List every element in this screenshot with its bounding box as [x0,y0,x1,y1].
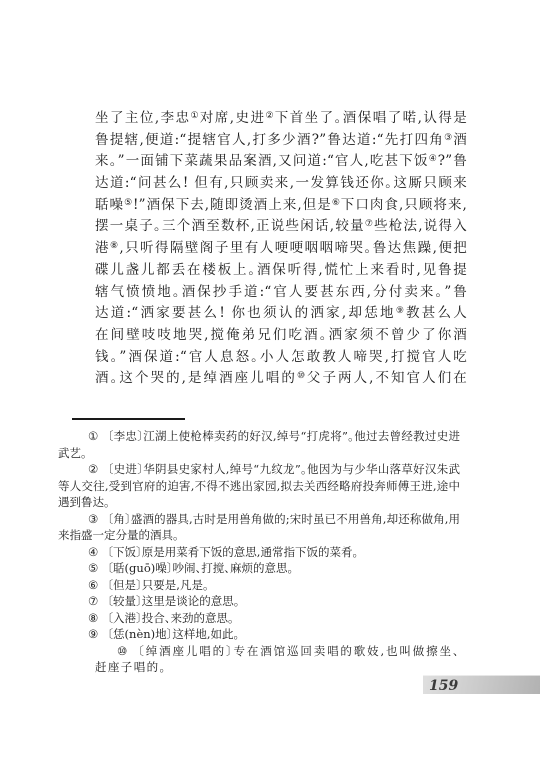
footnote-ref-marker: ⑩ [297,371,307,381]
footnote-text: 〔但是〕只要是,凡是。 [107,578,208,592]
text-line: 在间壁吱吱地哭,搅俺弟兄们吃酒。洒家须不曾少了你酒 [95,325,467,347]
footnote-ref-marker: ⑧ [110,241,119,251]
footnote-item: ①〔李忠〕江湖上使枪棒卖药的好汉,绰号“打虎将”。他过去曾经教过史进武艺。 [58,428,460,461]
footnote-ref-marker: ⑨ [396,306,406,316]
text-line: 钱。”酒保道:“官人息怒。小人怎敢教人啼哭,打搅官人吃 [95,347,467,369]
footnote-item: ③〔角〕盛酒的器具,古时是用兽角做的;宋时虽已不用兽角,却还称做角,用来指盛一定… [58,511,460,544]
footnote-text: 〔角〕盛酒的器具,古时是用兽角做的;宋时虽已不用兽角,却还称做角,用来指盛一定分… [58,512,460,543]
footnote-number: ⑤ [88,561,98,575]
footnote-number: ④ [88,545,98,559]
footnote-item: ⑤〔聒(guō)噪〕吵闹、打搅、麻烦的意思。 [58,560,460,577]
footnote-number: ② [88,462,99,476]
text-line: 坐了主位,李忠①对席,史进②下首坐了。酒保唱了喏,认得是 [95,108,467,130]
footnote-number: ① [88,429,99,443]
footnote-text: 〔较量〕这里是谈论的意思。 [107,594,239,608]
footnote-item: ⑧〔入港〕投合、来劲的意思。 [58,610,460,627]
footnote-number: ⑦ [88,594,98,608]
main-text: 坐了主位,李忠①对席,史进②下首坐了。酒保唱了喏,认得是鲁提辖,便道:“提辖官人… [95,108,467,390]
footnote-item: ⑨〔恁(nèn)地〕这样地,如此。 [58,626,460,643]
text-line: 碟儿盏儿都丢在楼板上。酒保听得,慌忙上来看时,见鲁提 [95,260,467,282]
text-line: 港⑧,只听得隔壁阁子里有人哽哽咽咽啼哭。鲁达焦躁,便把 [95,238,467,260]
footnote-item: ⑦〔较量〕这里是谈论的意思。 [58,593,460,610]
footnote-number: ⑩ [117,644,129,658]
page-number: 159 [423,677,458,694]
footnote-item: ④〔下饭〕原是用菜肴下饭的意思,通常指下饭的菜肴。 [58,544,460,561]
footnote-ref-marker: ⑥ [332,198,341,208]
text-line: 聒噪⑤!”酒保下去,随即烫酒上来,但是⑥下口肉食,只顾将来, [95,195,467,217]
footnote-text: 〔恁(nèn)地〕这样地,如此。 [107,627,239,641]
text-line: 来。”一面铺下菜蔬果品案酒,又问道:“官人,吃甚下饭④?”鲁 [95,151,467,173]
footnote-ref-marker: ② [265,111,274,121]
footnote-number: ⑨ [88,627,98,641]
book-page: 坐了主位,李忠①对席,史进②下首坐了。酒保唱了喏,认得是鲁提辖,便道:“提辖官人… [0,0,550,778]
footnote-text: 〔李忠〕江湖上使枪棒卖药的好汉,绰号“打虎将”。他过去曾经教过史进武艺。 [58,429,460,460]
footnote-number: ⑥ [88,578,98,592]
footnote-text: 〔入港〕投合、来劲的意思。 [107,611,234,625]
text-line: 辖气愤愤地。酒保抄手道:“官人要甚东西,分付卖来。”鲁 [95,282,467,304]
text-line: 鲁提辖,便道:“提辖官人,打多少酒?”鲁达道:“先打四角③酒 [95,130,467,152]
text-line: 达道:“问甚么! 但有,只顾卖来,一发算钱还你。这厮只顾来 [95,173,467,195]
text-line: 摆一桌子。三个酒至数杯,正说些闲话,较量⑦些枪法,说得入 [95,216,467,238]
text-line: 酒。这个哭的,是绰酒座儿唱的⑩父子两人,不知官人们在 [95,368,467,390]
footnote-item: ②〔史进〕华阴县史家村人,绰号“九纹龙”。他因为与少华山落草好汉朱武等人交往,受… [58,461,460,511]
footnote-ref-marker: ⑤ [124,198,133,208]
footnote-item: ⑩〔绰酒座儿唱的〕专在酒馆巡回卖唱的歌妓,也叫做擦坐、赶座子唱的。 [95,643,460,676]
footnote-ref-marker: ④ [429,154,438,164]
footnote-ref-marker: ① [191,111,200,121]
footnote-separator [72,418,185,420]
footnote-ref-marker: ⑦ [365,219,374,229]
text-line: 达道:“洒家要甚么! 你也须认的洒家,却恁地⑨教甚么人 [95,303,467,325]
footnote-number: ⑧ [88,611,98,625]
footnote-number: ③ [88,512,98,526]
footnote-text: 〔绰酒座儿唱的〕专在酒馆巡回卖唱的歌妓,也叫做擦坐、赶座子唱的。 [95,644,460,675]
footnote-text: 〔聒(guō)噪〕吵闹、打搅、麻烦的意思。 [107,561,293,575]
page-number-bar: 159 [423,675,540,694]
footnotes: ①〔李忠〕江湖上使枪棒卖药的好汉,绰号“打虎将”。他过去曾经教过史进武艺。②〔史… [58,428,460,676]
footnote-item: ⑥〔但是〕只要是,凡是。 [58,577,460,594]
footnote-ref-marker: ③ [444,133,453,143]
footnote-text: 〔下饭〕原是用菜肴下饭的意思,通常指下饭的菜肴。 [107,545,358,559]
footnote-text: 〔史进〕华阴县史家村人,绰号“九纹龙”。他因为与少华山落草好汉朱武等人交往,受到… [58,462,460,509]
